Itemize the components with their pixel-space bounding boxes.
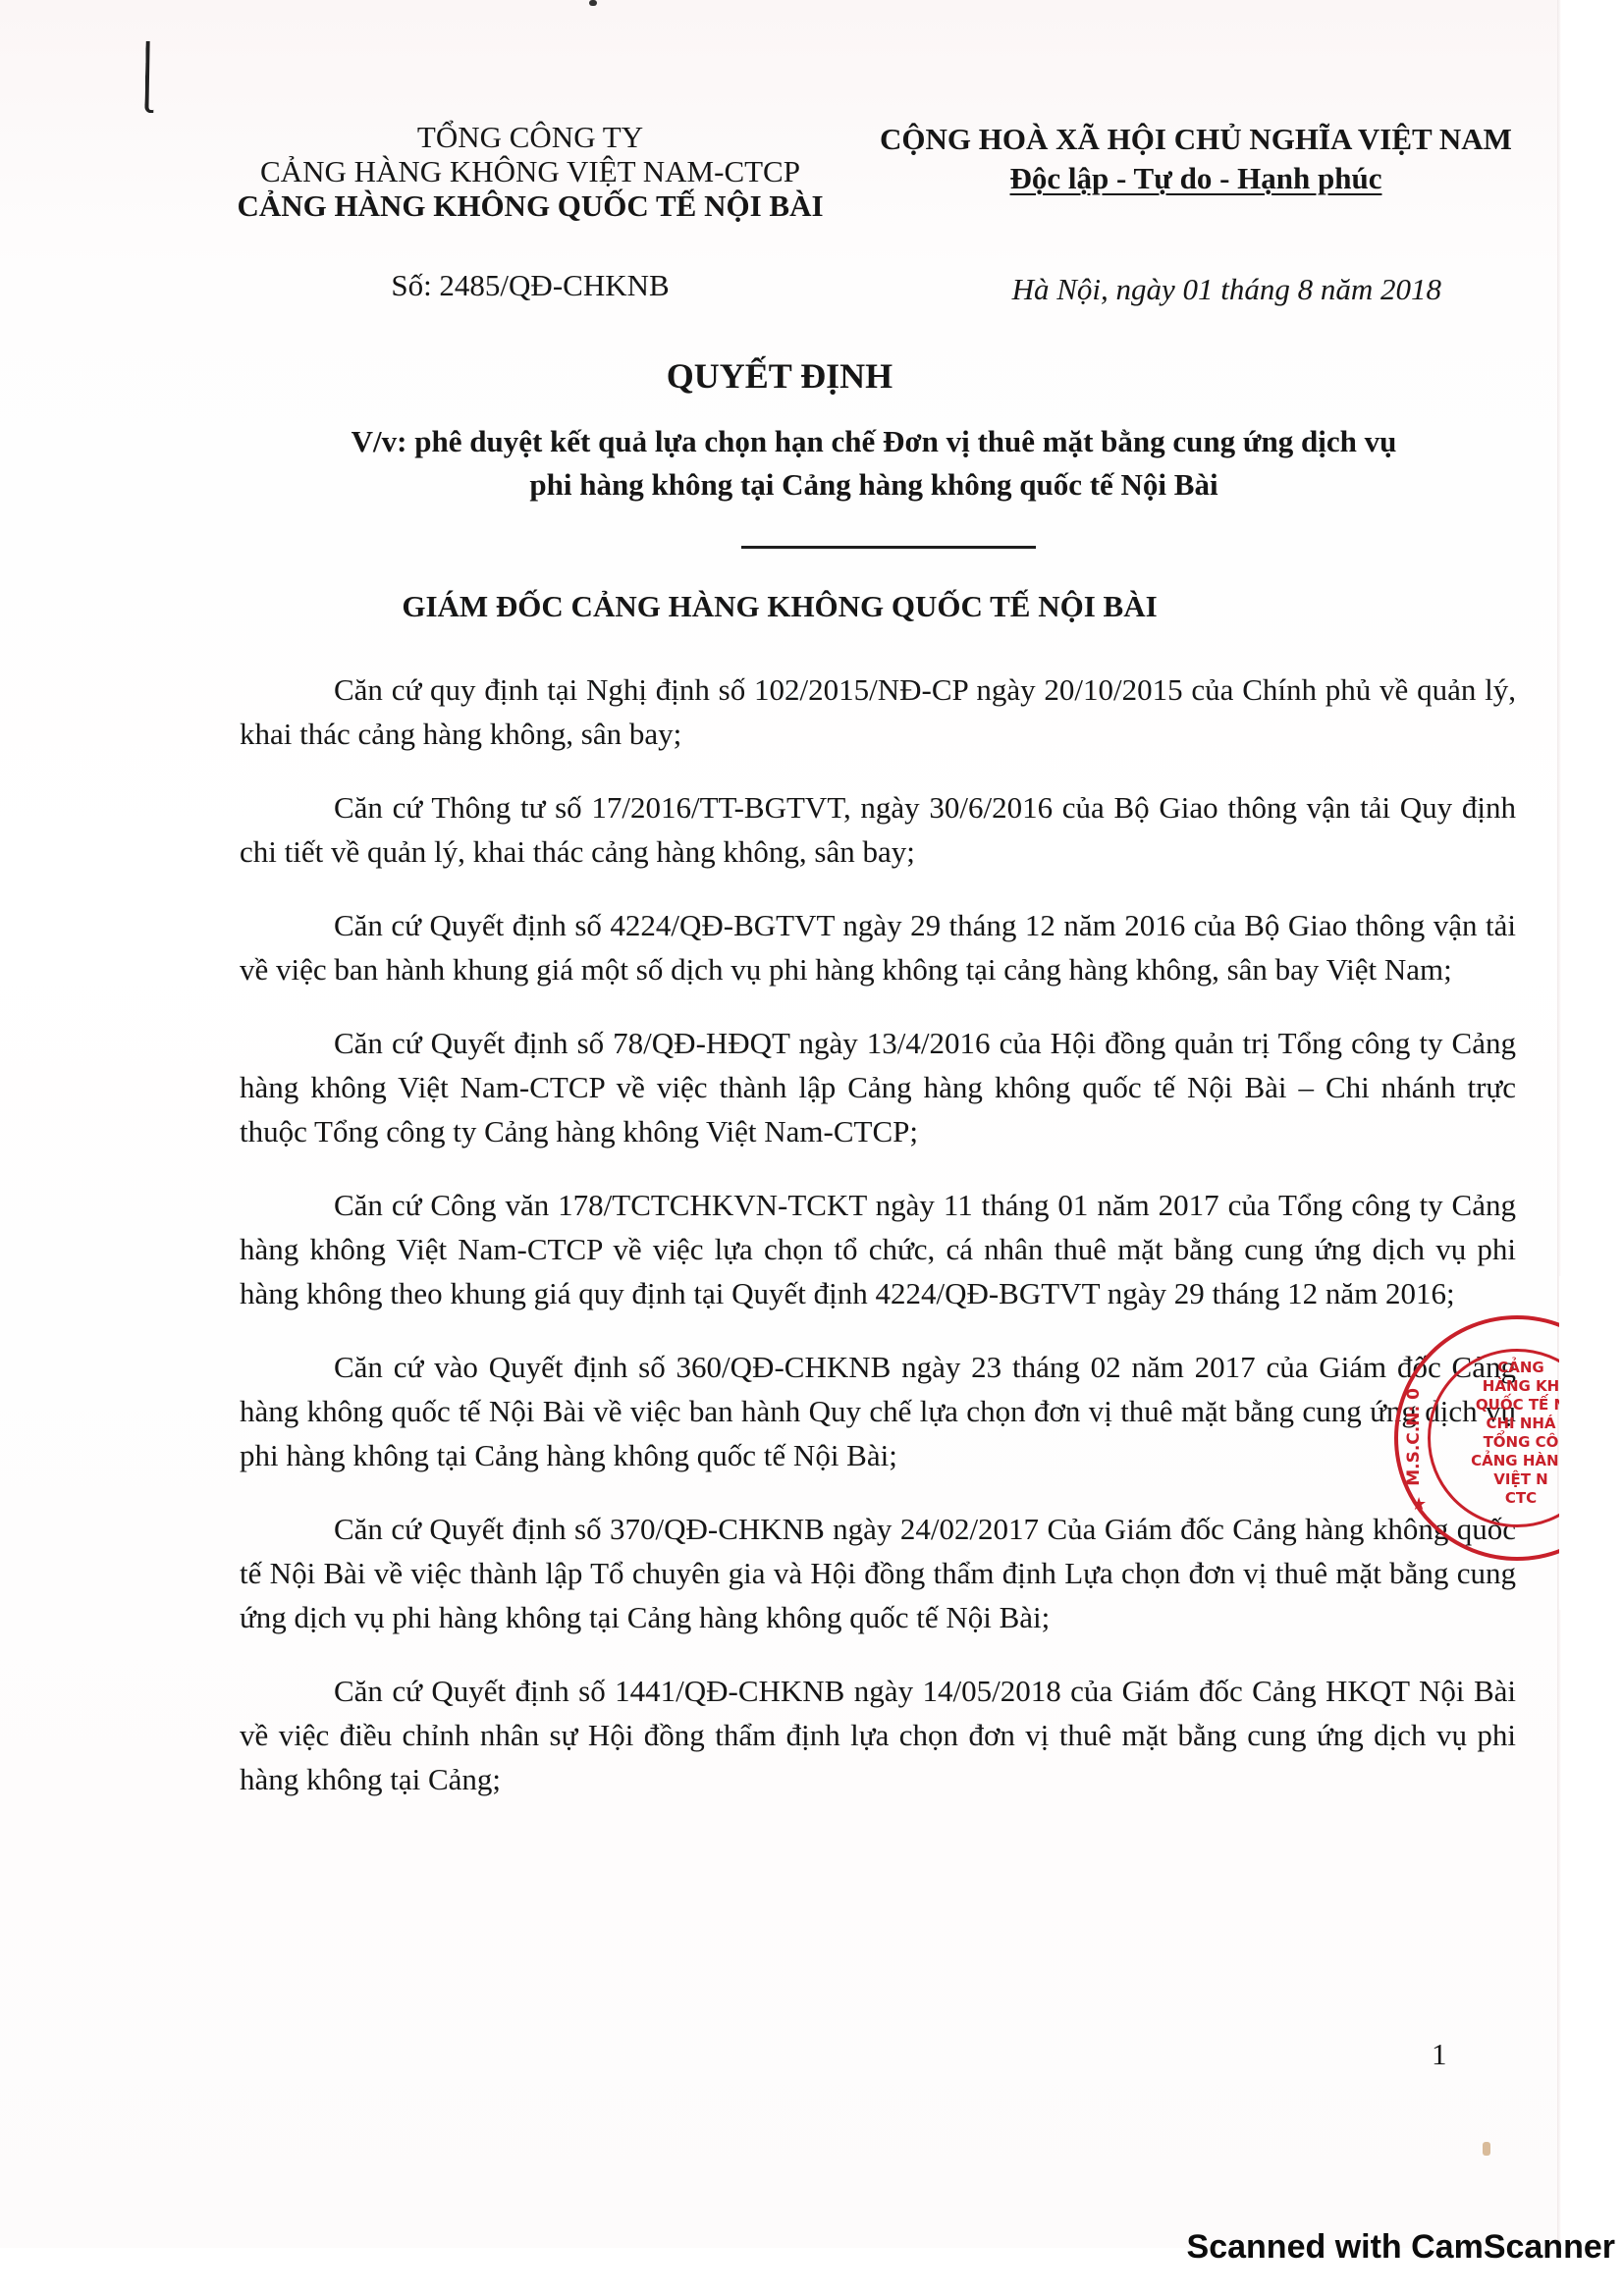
- pen-mark: [144, 41, 154, 113]
- place-and-date: Hà Nội, ngày 01 tháng 8 năm 2018: [852, 272, 1540, 307]
- org-line-1: TỔNG CÔNG TY: [226, 120, 835, 154]
- document-title: QUYẾT ĐỊNH: [0, 355, 1559, 397]
- ink-speck: [589, 0, 597, 6]
- legal-basis-section: Căn cứ quy định tại Nghị định số 102/201…: [240, 667, 1516, 1831]
- subject-line-1: V/v: phê duyệt kết quả lựa chọn hạn chế …: [236, 420, 1512, 463]
- page-number: 1: [1432, 2037, 1447, 2072]
- national-header: CỘNG HOÀ XÃ HỘI CHỦ NGHĨA VIỆT NAM Độc l…: [852, 120, 1540, 198]
- legal-basis-paragraph: Căn cứ Quyết định số 370/QĐ-CHKNB ngày 2…: [240, 1507, 1516, 1639]
- camscanner-watermark: Scanned with CamScanner: [1187, 2228, 1615, 2267]
- star-icon: ★: [1411, 1494, 1427, 1515]
- issuing-authority: GIÁM ĐỐC CẢNG HÀNG KHÔNG QUỐC TẾ NỘI BÀI: [0, 589, 1559, 624]
- org-unit: CẢNG HÀNG KHÔNG QUỐC TẾ NỘI BÀI: [226, 188, 835, 223]
- legal-basis-paragraph: Căn cứ Thông tư số 17/2016/TT-BGTVT, ngà…: [240, 785, 1516, 874]
- legal-basis-paragraph: Căn cứ quy định tại Nghị định số 102/201…: [240, 667, 1516, 756]
- seal-ring-text: M.S.C.N: 0: [1404, 1388, 1424, 1486]
- issuing-organization: TỔNG CÔNG TY CẢNG HÀNG KHÔNG VIỆT NAM-CT…: [226, 120, 835, 223]
- page-edge: [1557, 0, 1561, 2248]
- org-line-2: CẢNG HÀNG KHÔNG VIỆT NAM-CTCP: [226, 154, 835, 188]
- legal-basis-paragraph: Căn cứ vào Quyết định số 360/QĐ-CHKNB ng…: [240, 1345, 1516, 1477]
- title-divider: [741, 546, 1036, 549]
- nation-name: CỘNG HOÀ XÃ HỘI CHỦ NGHĨA VIỆT NAM: [852, 120, 1540, 159]
- page-margin: [1559, 1276, 1623, 1610]
- legal-basis-paragraph: Căn cứ Quyết định số 78/QĐ-HĐQT ngày 13/…: [240, 1021, 1516, 1153]
- national-motto: Độc lập - Tự do - Hạnh phúc: [852, 159, 1540, 198]
- document-subject: V/v: phê duyệt kết quả lựa chọn hạn chế …: [236, 420, 1512, 507]
- document-number: Số: 2485/QĐ-CHKNB: [226, 268, 835, 303]
- legal-basis-paragraph: Căn cứ Công văn 178/TCTCHKVN-TCKT ngày 1…: [240, 1183, 1516, 1315]
- stain-mark: [1483, 2142, 1490, 2156]
- subject-line-2: phi hàng không tại Cảng hàng không quốc …: [236, 463, 1512, 507]
- legal-basis-paragraph: Căn cứ Quyết định số 1441/QĐ-CHKNB ngày …: [240, 1669, 1516, 1801]
- legal-basis-paragraph: Căn cứ Quyết định số 4224/QĐ-BGTVT ngày …: [240, 903, 1516, 991]
